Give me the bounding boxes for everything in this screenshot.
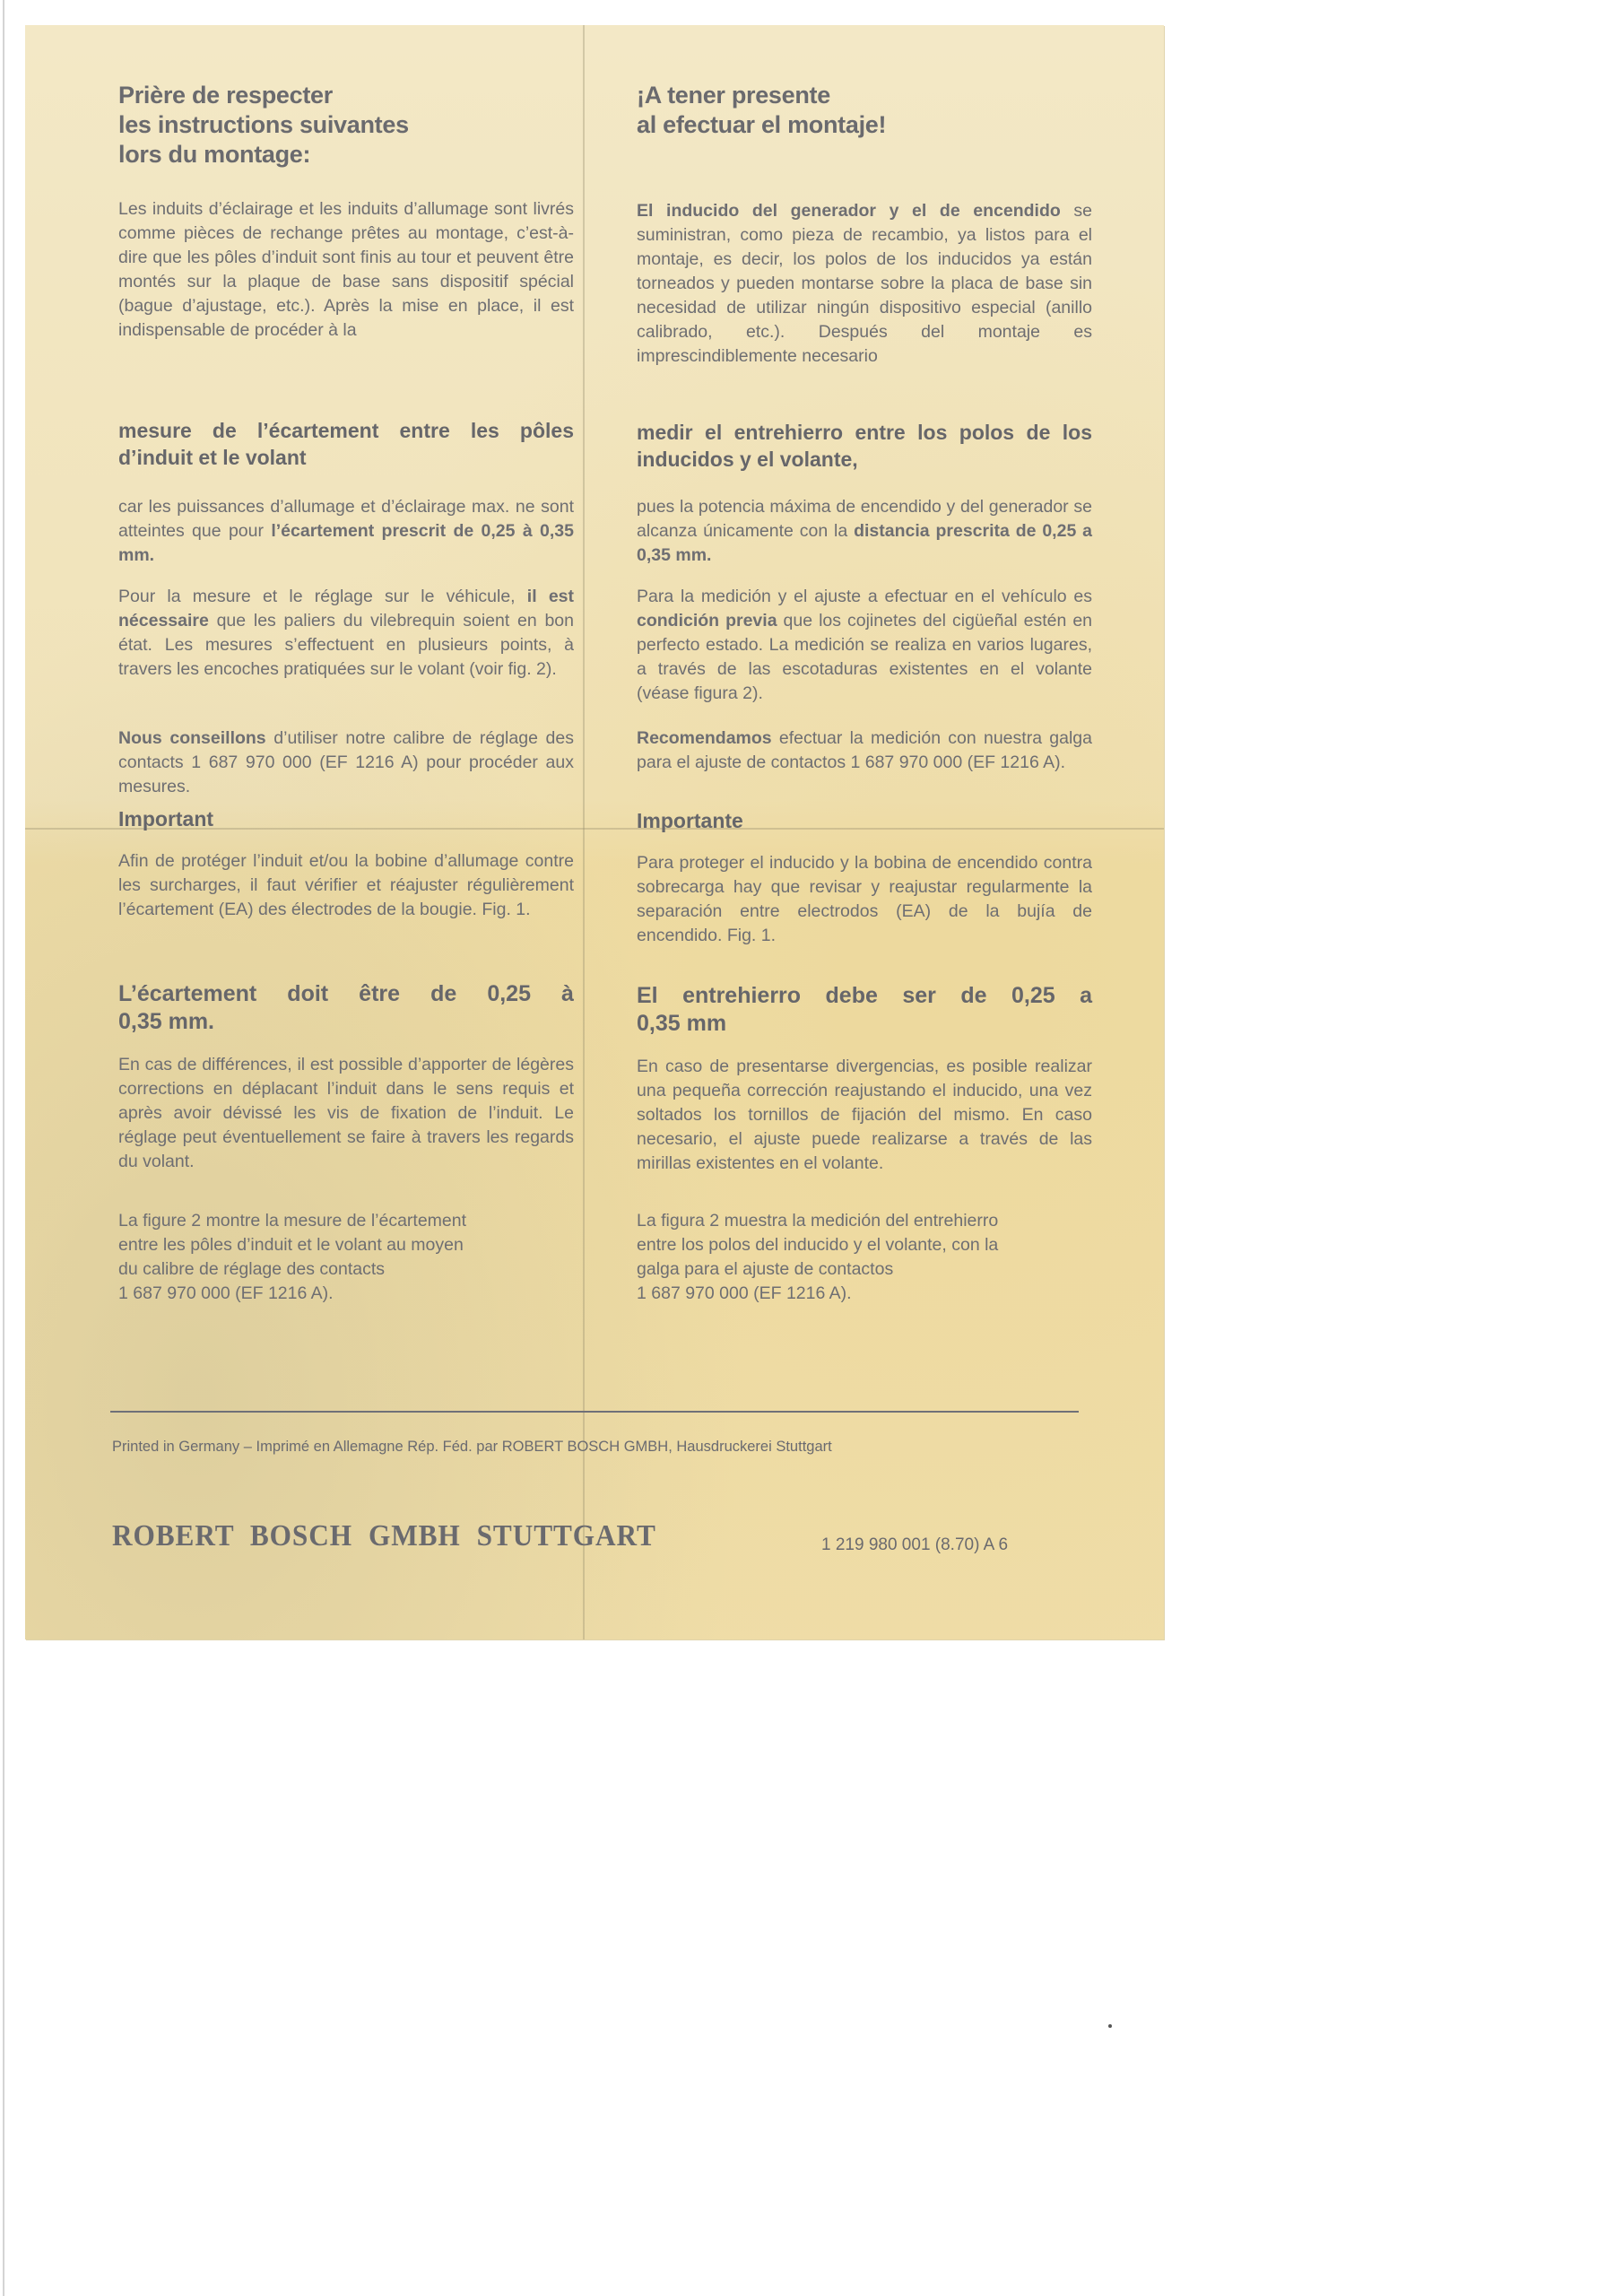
french-title: Prière de respecter les instructions sui… (118, 81, 574, 170)
gap-spec-word: ser (902, 982, 936, 1010)
spanish-gap-spec: Elentrehierrodebeserde0,25a 0,35 mm (637, 982, 1092, 1038)
french-paragraph-1: car les puissances d’allumage et d’éclai… (118, 495, 574, 568)
gap-spec-word: être (359, 980, 400, 1008)
gap-spec-word: 0,25 (1011, 982, 1055, 1010)
french-important-text: Afin de protéger l’induit et/ou la bobin… (118, 849, 574, 922)
french-figure-note: La figure 2 montre la mesure de l’écarte… (118, 1209, 574, 1306)
spanish-paragraph-2: Para la medición y el ajuste a efectuar … (637, 585, 1092, 706)
gap-spec-word: doit (287, 980, 328, 1008)
scanner-edge-line (3, 0, 4, 2296)
spanish-paragraph-3: Recomendamos efectuar la medición con nu… (637, 726, 1092, 775)
french-important-label: Important (118, 805, 574, 832)
gap-spec-word: à (561, 980, 574, 1008)
printed-in-germany-note: Printed in Germany – Imprimé en Allemagn… (112, 1439, 832, 1456)
spanish-intro: El inducido del generador y el de encend… (637, 199, 1092, 369)
spanish-important-label: Importante (637, 807, 1092, 834)
french-subheading: mesure de l’écartement entre les pôles d… (118, 417, 574, 471)
french-paragraph-2: Pour la mesure et le réglage sur le véhi… (118, 585, 574, 682)
gap-spec-word: 0,25 (487, 980, 531, 1008)
french-paragraph-3: Nous conseillons d’utiliser notre calibr… (118, 726, 574, 799)
spanish-title: ¡A tener presente al efectuar el montaje… (637, 81, 1092, 140)
vertical-fold (583, 25, 585, 1639)
gap-spec-word: a (1080, 982, 1092, 1010)
footer-rule (110, 1411, 1079, 1413)
gap-spec-word: de (960, 982, 986, 1010)
gap-spec-word: de (430, 980, 456, 1008)
spanish-important-text: Para proteger el inducido y la bobina de… (637, 851, 1092, 948)
spanish-differences: En caso de presentarse divergencias, es … (637, 1055, 1092, 1176)
spanish-paragraph-1: pues la potencia máxima de encendido y d… (637, 495, 1092, 568)
gap-spec-word: entrehierro (682, 982, 801, 1010)
french-intro: Les induits d’éclairage et les induits d… (118, 197, 574, 343)
spanish-subheading: medir el entrehierro entre los polos de … (637, 419, 1092, 473)
brand-imprint: ROBERT BOSCH GMBH STUTTGART (112, 1519, 656, 1553)
gap-spec-word: El (637, 982, 658, 1010)
bosch-instruction-leaflet: Prière de respecter les instructions sui… (25, 25, 1164, 1639)
gap-spec-word: debe (826, 982, 878, 1010)
spanish-figure-note: La figura 2 muestra la medición del entr… (637, 1209, 1092, 1306)
part-number: 1 219 980 001 (8.70) A 6 (821, 1535, 1008, 1555)
dust-speck (1108, 2024, 1112, 2028)
french-differences: En cas de différences, il est possible d… (118, 1053, 574, 1174)
gap-spec-word: L’écartement (118, 980, 256, 1008)
french-gap-spec: L’écartementdoitêtrede0,25à 0,35 mm. (118, 980, 574, 1036)
